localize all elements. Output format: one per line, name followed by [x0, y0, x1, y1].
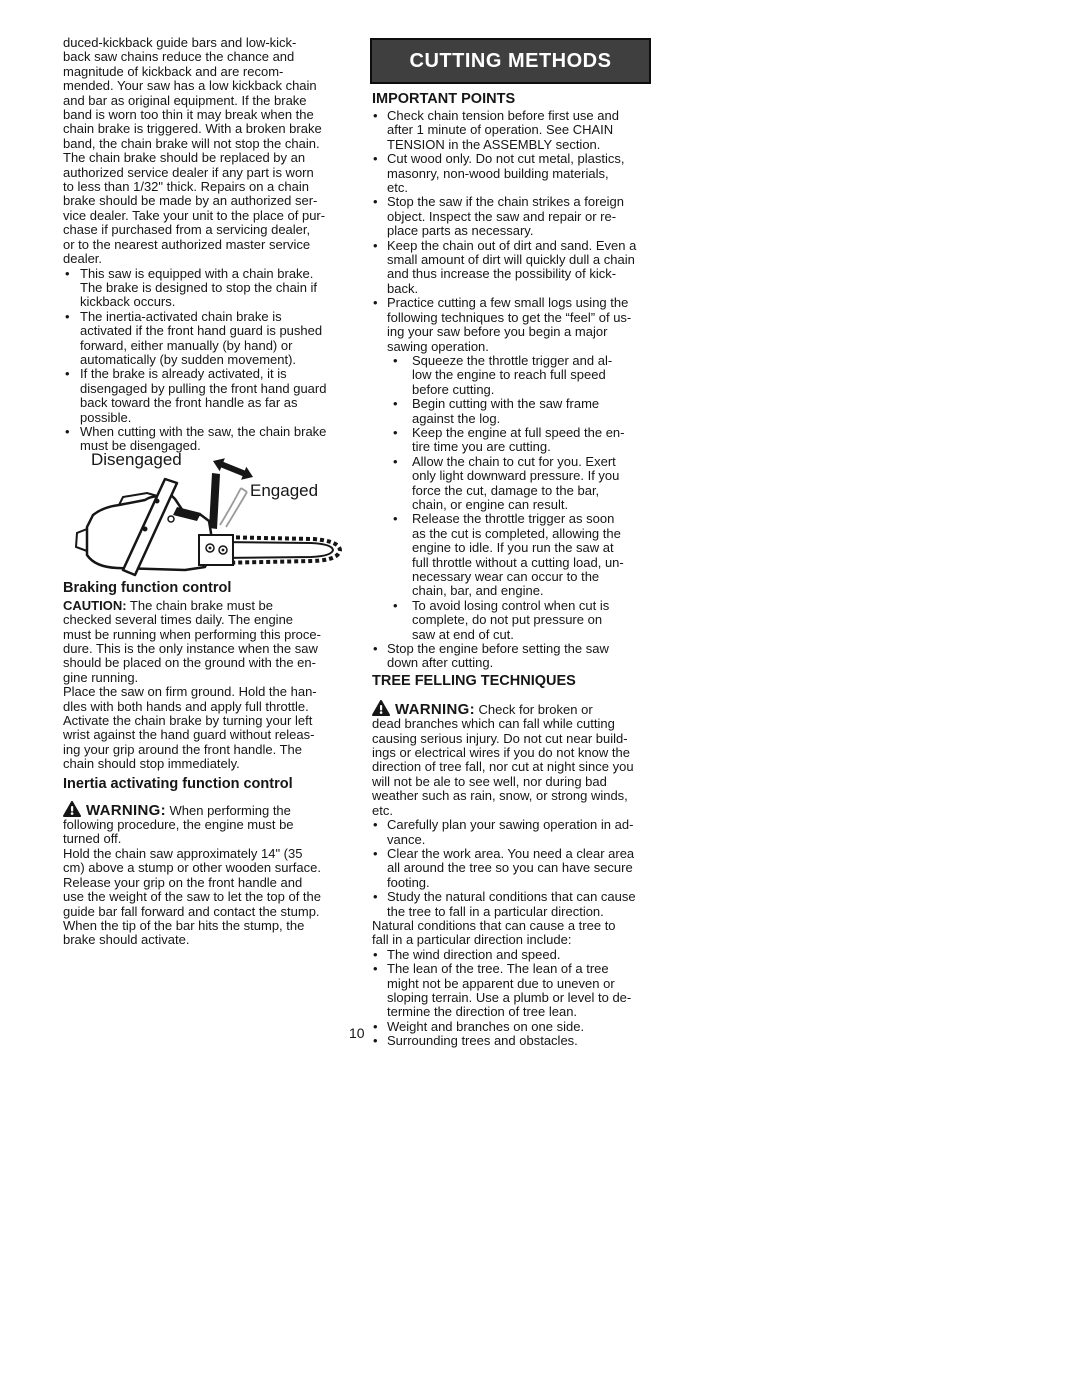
bullet-marker: • [372, 109, 387, 152]
natural-conditions-paragraph: Natural conditions that can cause a tree… [372, 919, 666, 948]
intro-paragraph: duced-kickback guide bars and low-kick- … [63, 36, 359, 267]
list-item-text: Release the throttle trigger as soon as … [412, 512, 666, 598]
list-item-text: Practice cutting a few small logs using … [387, 296, 666, 354]
bullet-marker: • [372, 962, 387, 1020]
sub-list: •Squeeze the throttle trigger and al- lo… [390, 354, 666, 642]
list-item-text: Check chain tension before first use and… [387, 109, 666, 152]
bullet-marker: • [390, 426, 412, 455]
right-column: CUTTING METHODS IMPORTANT POINTS •Check … [372, 36, 666, 1049]
bullet-marker: • [390, 354, 412, 397]
list-item: •Practice cutting a few small logs using… [372, 296, 666, 354]
bullet-marker: • [390, 397, 412, 426]
list-item: •The lean of the tree. The lean of a tre… [372, 962, 666, 1020]
section-header: CUTTING METHODS [370, 38, 651, 84]
list-item: •This saw is equipped with a chain brake… [63, 267, 359, 310]
list-item: •The wind direction and speed. [372, 948, 666, 962]
list-item: •Cut wood only. Do not cut metal, plasti… [372, 152, 666, 195]
bullet-marker: • [63, 425, 80, 454]
list-item: •Release the throttle trigger as soon as… [390, 512, 666, 598]
list-item: •The inertia-activated chain brake is ac… [63, 310, 359, 368]
braking-function-heading: Braking function control [63, 580, 359, 597]
braking-procedure-paragraph: Place the saw on firm ground. Hold the h… [63, 685, 359, 771]
bullet-marker: • [63, 310, 80, 368]
bullet-marker: • [372, 847, 387, 890]
bullet-marker: • [390, 455, 412, 513]
list-item: •Weight and branches on one side. [372, 1020, 666, 1034]
important-points-heading: IMPORTANT POINTS [372, 91, 666, 108]
warning-text: Check for broken or dead branches which … [372, 702, 634, 818]
list-item-text: Allow the chain to cut for you. Exert on… [412, 455, 666, 513]
bullet-marker: • [372, 890, 387, 919]
inertia-function-heading: Inertia activating function control [63, 776, 359, 793]
list-item: •To avoid losing control when cut is com… [390, 599, 666, 642]
list-item-text: Keep the chain out of dirt and sand. Eve… [387, 239, 666, 297]
list-item: •Clear the work area. You need a clear a… [372, 847, 666, 890]
page-number: 10 [349, 1026, 365, 1041]
list-item-text: Stop the saw if the chain strikes a fore… [387, 195, 666, 238]
warning-triangle-icon [63, 801, 81, 817]
chainsaw-drawing [73, 455, 353, 577]
bullet-marker: • [390, 599, 412, 642]
warning-paragraph: WARNING: Check for broken or dead branch… [372, 700, 666, 818]
inertia-procedure-paragraph: Hold the chain saw approximately 14" (35… [63, 847, 359, 948]
bullet-marker: • [372, 296, 387, 354]
bullet-marker: • [372, 195, 387, 238]
list-item-text: The wind direction and speed. [387, 948, 666, 962]
section-header-title: CUTTING METHODS [410, 50, 612, 73]
bullet-marker: • [372, 818, 387, 847]
list-item: •Stop the saw if the chain strikes a for… [372, 195, 666, 238]
caution-label: CAUTION: [63, 598, 127, 613]
left-column: duced-kickback guide bars and low-kick- … [63, 36, 359, 948]
chain-brake-illustration: Disengaged Engaged [73, 455, 353, 577]
list-item: •Surrounding trees and obstacles. [372, 1034, 666, 1048]
disengaged-label: Disengaged [91, 450, 182, 470]
caution-paragraph: CAUTION: The chain brake must be checked… [63, 599, 359, 685]
list-item: •Carefully plan your sawing operation in… [372, 818, 666, 847]
bullet-marker: • [372, 642, 387, 671]
list-item-text: Keep the engine at full speed the en- ti… [412, 426, 666, 455]
bullet-marker: • [372, 1034, 387, 1048]
list-item: •Check chain tension before first use an… [372, 109, 666, 152]
list-item-text: The lean of the tree. The lean of a tree… [387, 962, 666, 1020]
bullet-marker: • [63, 367, 80, 425]
bullet-marker: • [372, 948, 387, 962]
list-item: •Squeeze the throttle trigger and al- lo… [390, 354, 666, 397]
list-item-text: Stop the engine before setting the saw d… [387, 642, 666, 671]
list-item-text: The inertia-activated chain brake is act… [80, 310, 359, 368]
list-item-text: Study the natural conditions that can ca… [387, 890, 666, 919]
list-item: •Begin cutting with the saw frame agains… [390, 397, 666, 426]
list-item-text: Begin cutting with the saw frame against… [412, 397, 666, 426]
bullet-marker: • [372, 1020, 387, 1034]
warning-paragraph: WARNING: When performing the following p… [63, 801, 359, 847]
list-item: •Keep the chain out of dirt and sand. Ev… [372, 239, 666, 297]
bullet-marker: • [390, 512, 412, 598]
list-item-text: To avoid losing control when cut is comp… [412, 599, 666, 642]
list-item: •Keep the engine at full speed the en- t… [390, 426, 666, 455]
list-item-text: This saw is equipped with a chain brake.… [80, 267, 359, 310]
list-item-text: If the brake is already activated, it is… [80, 367, 359, 425]
bullet-marker: • [372, 239, 387, 297]
list-item: •Stop the engine before setting the saw … [372, 642, 666, 671]
list-item-text: Clear the work area. You need a clear ar… [387, 847, 666, 890]
list-item-text: Squeeze the throttle trigger and al- low… [412, 354, 666, 397]
bullet-marker: • [372, 152, 387, 195]
list-item: •Study the natural conditions that can c… [372, 890, 666, 919]
bullet-marker: • [63, 267, 80, 310]
engaged-label: Engaged [250, 481, 318, 501]
list-item: •If the brake is already activated, it i… [63, 367, 359, 425]
list-item-text: Carefully plan your sawing operation in … [387, 818, 666, 847]
list-item: •Allow the chain to cut for you. Exert o… [390, 455, 666, 513]
list-item-text: Surrounding trees and obstacles. [387, 1034, 666, 1048]
warning-triangle-icon [372, 700, 390, 716]
tree-felling-heading: TREE FELLING TECHNIQUES [372, 673, 666, 690]
list-item-text: Weight and branches on one side. [387, 1020, 666, 1034]
list-item-text: Cut wood only. Do not cut metal, plastic… [387, 152, 666, 195]
